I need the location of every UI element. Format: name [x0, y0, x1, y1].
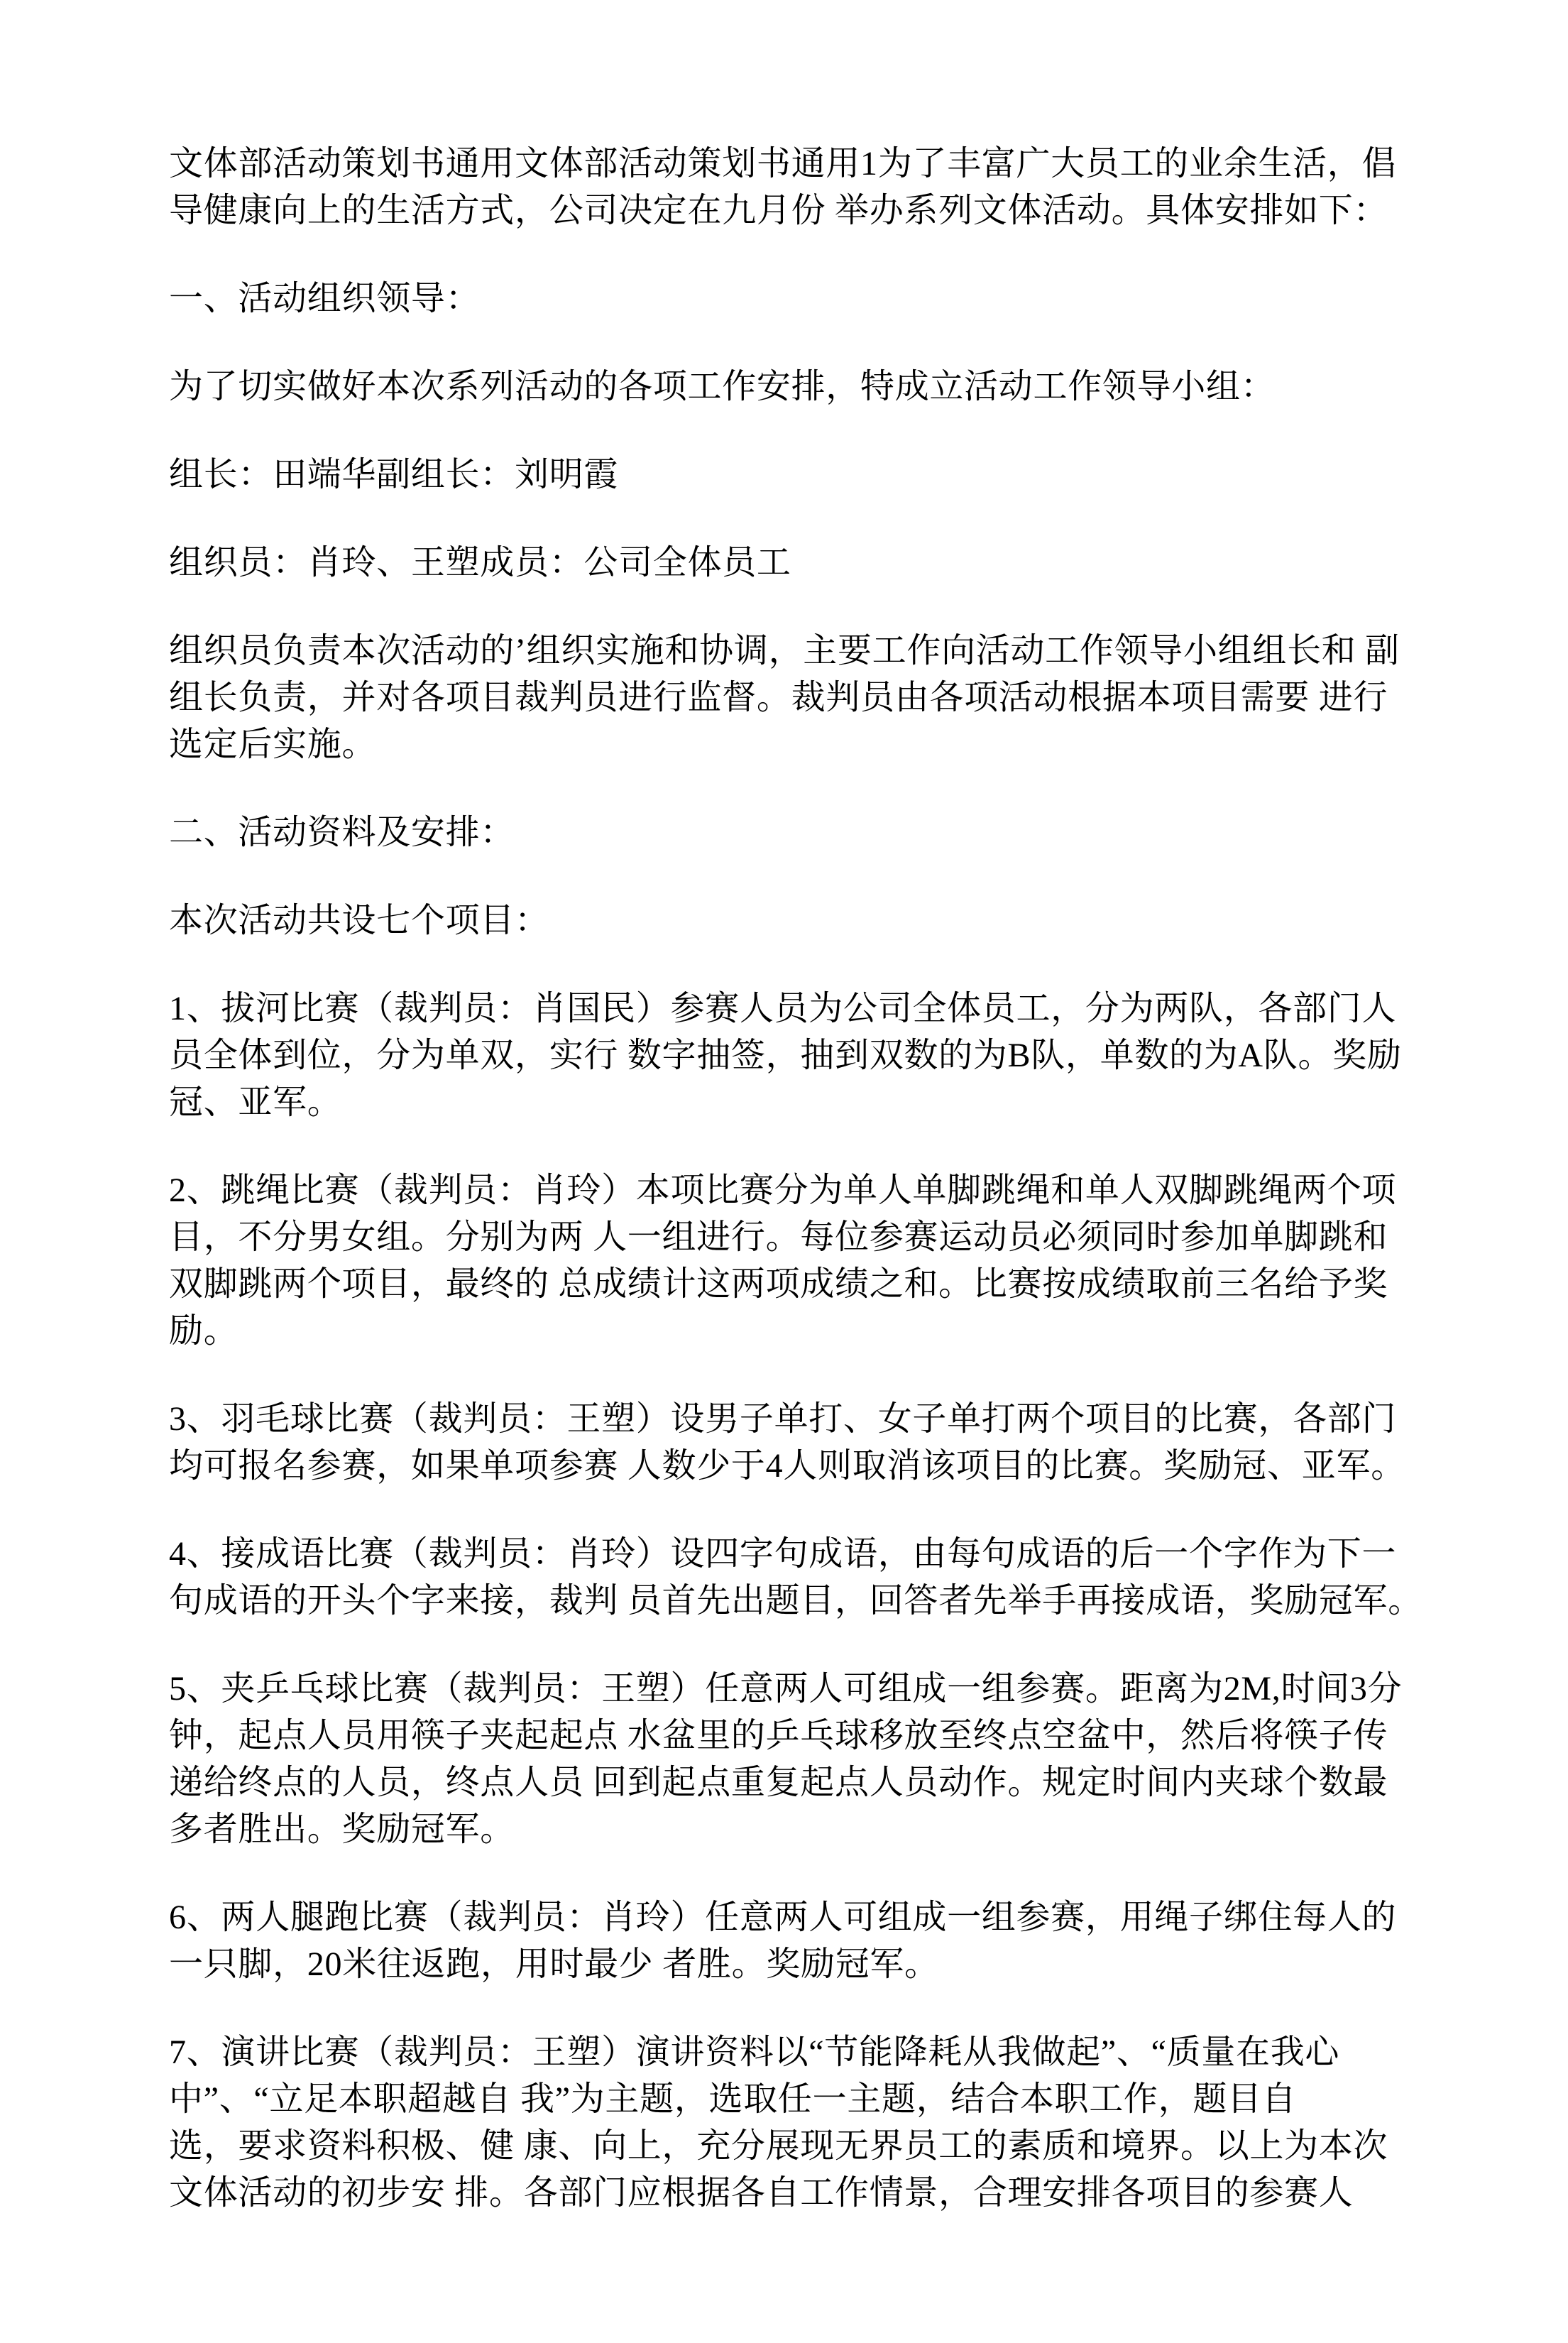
text-line: 多者胜出。奖励冠军。	[169, 1806, 1418, 1853]
document-page: 文体部活动策划书通用文体部活动策划书通用1为了丰富广大员工的业余生活，倡 导健康…	[169, 141, 1418, 2258]
text-line: 组织员负责本次活动的’组织实施和协调，主要工作向活动工作领导小组组长和 副	[169, 628, 1418, 674]
text-line: 组长负责，并对各项目裁判员进行监督。裁判员由各项活动根据本项目需要 进行	[169, 674, 1418, 721]
item-7-speech-contest: 7、演讲比赛（裁判员：王塑）演讲资料以“节能降耗从我做起”、“质量在我心 中”、…	[169, 2029, 1418, 2217]
item-6-three-legged-race: 6、两人腿跑比赛（裁判员：肖玲）任意两人可组成一组参赛，用绳子绑住每人的 一只脚…	[169, 1894, 1418, 1988]
text-line: 文体活动的初步安 排。各部门应根据各自工作情景，合理安排各项目的参赛人	[169, 2170, 1418, 2217]
text-line: 均可报名参赛，如果单项参赛 人数少于4人则取消该项目的比赛。奖励冠、亚军。	[169, 1443, 1418, 1490]
item-4-idiom-chain: 4、接成语比赛（裁判员：肖玲）设四字句成语，由每句成语的后一个字作为下一 句成语…	[169, 1531, 1418, 1624]
text-line: 文体部活动策划书通用文体部活动策划书通用1为了丰富广大员工的业余生活，倡	[169, 141, 1418, 187]
text-line: 2、跳绳比赛（裁判员：肖玲）本项比赛分为单人单脚跳绳和单人双脚跳绳两个项	[169, 1167, 1418, 1214]
text-line: 3、羽毛球比赛（裁判员：王塑）设男子单打、女子单打两个项目的比赛，各部门	[169, 1396, 1418, 1443]
text-line: 目，不分男女组。分别为两 人一组进行。每位参赛运动员必须同时参加单脚跳和	[169, 1214, 1418, 1261]
text-line: 6、两人腿跑比赛（裁判员：肖玲）任意两人可组成一组参赛，用绳子绑住每人的	[169, 1894, 1418, 1941]
section-1-heading: 一、活动组织领导：	[169, 275, 1418, 322]
text-line: 选定后实施。	[169, 721, 1418, 768]
organizer-duties-paragraph: 组织员负责本次活动的’组织实施和协调，主要工作向活动工作领导小组组长和 副 组长…	[169, 628, 1418, 768]
section-2-heading: 二、活动资料及安排：	[169, 809, 1418, 856]
item-2-jump-rope: 2、跳绳比赛（裁判员：肖玲）本项比赛分为单人单脚跳绳和单人双脚跳绳两个项 目，不…	[169, 1167, 1418, 1355]
item-5-ping-pong-pickup: 5、夹乒乓球比赛（裁判员：王塑）任意两人可组成一组参赛。距离为2M,时间3分 钟…	[169, 1666, 1418, 1853]
text-line: 钟，起点人员用筷子夹起起点 水盆里的乒乓球移放至终点空盆中，然后将筷子传	[169, 1713, 1418, 1759]
text-line: 句成语的开头个字来接，裁判 员首先出题目，回答者先举手再接成语，奖励冠军。	[169, 1578, 1418, 1624]
leaders-paragraph: 组长：田端华副组长：刘明霞	[169, 452, 1418, 498]
heading-text: 一、活动组织领导：	[169, 275, 1418, 322]
heading-text: 二、活动资料及安排：	[169, 809, 1418, 856]
leadership-group-paragraph: 为了切实做好本次系列活动的各项工作安排，特成立活动工作领导小组：	[169, 364, 1418, 410]
text-line: 双脚跳两个项目，最终的 总成绩计这两项成绩之和。比赛按成绩取前三名给予奖	[169, 1261, 1418, 1308]
text-line: 冠、亚军。	[169, 1079, 1418, 1126]
text-line: 组织员：肖玲、王塑成员：公司全体员工	[169, 540, 1418, 586]
text-line: 4、接成语比赛（裁判员：肖玲）设四字句成语，由每句成语的后一个字作为下一	[169, 1531, 1418, 1578]
text-line: 选，要求资料积极、健 康、向上，充分展现无界员工的素质和境界。以上为本次	[169, 2123, 1418, 2170]
organizers-paragraph: 组织员：肖玲、王塑成员：公司全体员工	[169, 540, 1418, 586]
text-line: 励。	[169, 1308, 1418, 1355]
text-line: 组长：田端华副组长：刘明霞	[169, 452, 1418, 498]
items-intro-paragraph: 本次活动共设七个项目：	[169, 897, 1418, 944]
text-line: 5、夹乒乓球比赛（裁判员：王塑）任意两人可组成一组参赛。距离为2M,时间3分	[169, 1666, 1418, 1713]
text-line: 本次活动共设七个项目：	[169, 897, 1418, 944]
item-3-badminton: 3、羽毛球比赛（裁判员：王塑）设男子单打、女子单打两个项目的比赛，各部门 均可报…	[169, 1396, 1418, 1490]
text-line: 7、演讲比赛（裁判员：王塑）演讲资料以“节能降耗从我做起”、“质量在我心	[169, 2029, 1418, 2076]
text-line: 为了切实做好本次系列活动的各项工作安排，特成立活动工作领导小组：	[169, 364, 1418, 410]
text-line: 导健康向上的生活方式，公司决定在九月份 举办系列文体活动。具体安排如下：	[169, 187, 1418, 234]
text-line: 一只脚，20米往返跑，用时最少 者胜。奖励冠军。	[169, 1941, 1418, 1988]
text-line: 1、拔河比赛（裁判员：肖国民）参赛人员为公司全体员工，分为两队，各部门人	[169, 985, 1418, 1032]
text-line: 员全体到位，分为单双，实行 数字抽签，抽到双数的为B队，单数的为A队。奖励	[169, 1032, 1418, 1079]
text-line: 递给终点的人员，终点人员 回到起点重复起点人员动作。规定时间内夹球个数最	[169, 1759, 1418, 1806]
intro-paragraph: 文体部活动策划书通用文体部活动策划书通用1为了丰富广大员工的业余生活，倡 导健康…	[169, 141, 1418, 234]
text-line: 中”、“立足本职超越自 我”为主题，选取任一主题，结合本职工作，题目自	[169, 2076, 1418, 2123]
item-1-tug-of-war: 1、拔河比赛（裁判员：肖国民）参赛人员为公司全体员工，分为两队，各部门人 员全体…	[169, 985, 1418, 1126]
